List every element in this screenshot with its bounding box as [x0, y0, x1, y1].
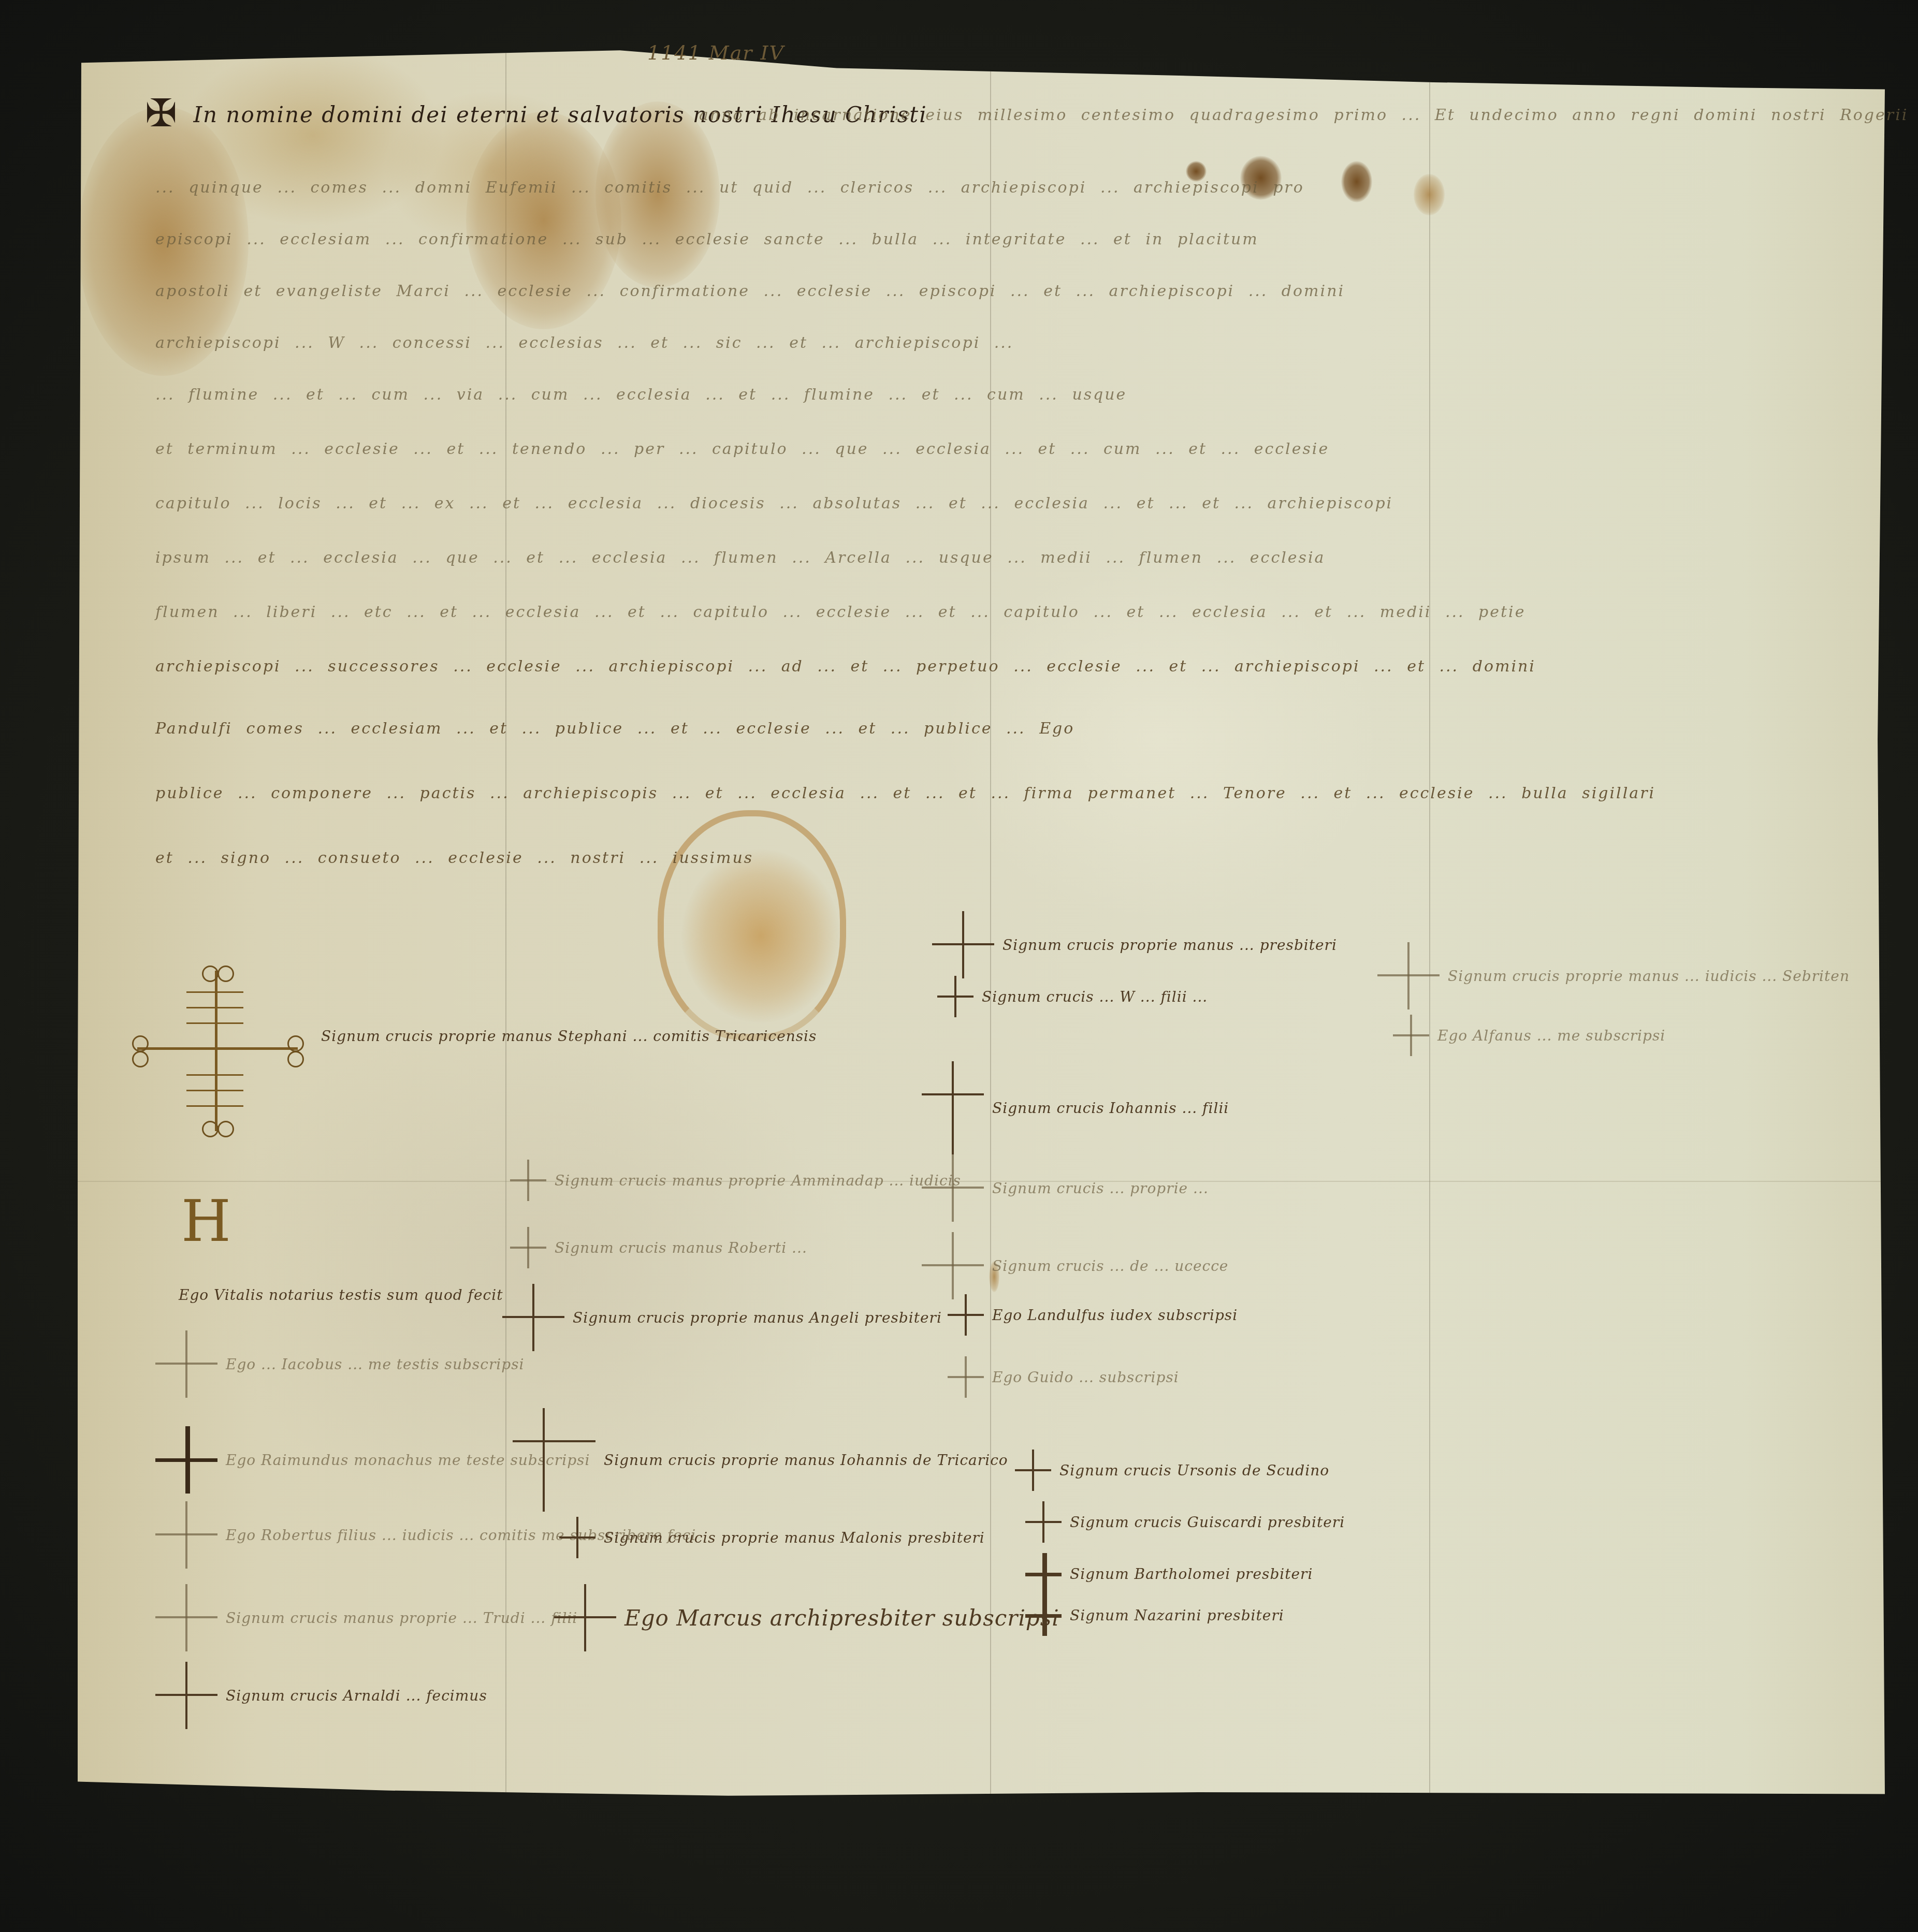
- body-text-line: episcopi ... ecclesiam ... confirmatione…: [155, 230, 1259, 248]
- subscription: Signum crucis ... W ... filii ...: [937, 976, 1208, 1017]
- cross-mark-icon: [502, 1284, 564, 1351]
- subscription-text: Signum crucis manus proprie ... Trudi ..…: [226, 1609, 577, 1627]
- pattee-cross-icon: [922, 1061, 984, 1154]
- subscription-text: Signum crucis proprie manus Malonis pres…: [604, 1529, 985, 1546]
- cross-mark-icon: [937, 976, 973, 1017]
- cross-mark-icon: [510, 1160, 546, 1201]
- body-text-line: Pandulfi comes ... ecclesiam ... et ... …: [155, 720, 1074, 738]
- subscription: Ego Marcus archipresbiter subscripsi: [554, 1584, 1059, 1651]
- subscription-text: Signum crucis Arnaldi ... fecimus: [226, 1687, 487, 1704]
- subscription: Signum crucis ... proprie ...: [922, 1154, 1209, 1222]
- subscription: Signum crucis Ursonis de Scudino: [1015, 1450, 1329, 1491]
- cross-mark-icon: [948, 1294, 984, 1336]
- subscription: Signum Nazarini presbiteri: [1025, 1594, 1284, 1636]
- subscription: Signum crucis manus proprie Amminadap ..…: [510, 1160, 961, 1201]
- cross-mark-icon: [1015, 1450, 1051, 1491]
- body-text-line: et ... signo ... consueto ... ecclesie .…: [155, 849, 753, 867]
- subscription: Signum crucis Arnaldi ... fecimus: [155, 1662, 487, 1729]
- cross-mark-icon: [922, 1154, 984, 1222]
- subscription-text: Signum Nazarini presbiteri: [1070, 1607, 1284, 1624]
- body-text-line: capitulo ... locis ... et ... ex ... et …: [155, 494, 1393, 513]
- subscription-text: Signum crucis proprie manus Stephani ...…: [321, 1028, 817, 1045]
- subscription-text: Signum crucis proprie manus Angeli presb…: [573, 1309, 942, 1326]
- cross-mark-icon: [1393, 1015, 1429, 1056]
- bracket-cross-icon: [513, 1408, 595, 1512]
- cross-mark-icon: [932, 911, 994, 978]
- cross-mark-icon: [1025, 1594, 1062, 1636]
- cross-mark-icon: [155, 1330, 217, 1398]
- cross-mark-icon: [1377, 942, 1440, 1009]
- subscription-text: Ego Alfanus ... me subscripsi: [1437, 1027, 1665, 1044]
- subscription-text: Ego Guido ... subscripsi: [992, 1369, 1179, 1386]
- cross-mark-icon: [922, 1232, 984, 1299]
- subscription-text: Signum crucis ... proprie ...: [992, 1180, 1209, 1197]
- subscription-text: Ego Marcus archipresbiter subscripsi: [624, 1605, 1059, 1631]
- subscription-text: Signum crucis ... W ... filii ...: [982, 988, 1208, 1005]
- subscription: Signum crucis proprie manus Angeli presb…: [502, 1284, 942, 1351]
- subscription-text: Signum crucis proprie manus Iohannis de …: [604, 1452, 1008, 1469]
- subscription-text: Signum crucis proprie manus ... presbite…: [1002, 936, 1337, 954]
- body-text-line: publice ... componere ... pactis ... arc…: [155, 784, 1655, 802]
- body-text-line: archiepiscopi ... successores ... eccles…: [155, 657, 1536, 676]
- cross-mark-icon: [554, 1584, 616, 1651]
- subscription-text: Signum crucis Iohannis ... filii: [992, 1100, 1229, 1117]
- body-text-line: apostoli et evangeliste Marci ... eccles…: [155, 282, 1345, 300]
- cross-mark-icon: [510, 1227, 546, 1268]
- subscription-text: Ego ... Iacobus ... me testis subscripsi: [226, 1356, 525, 1373]
- ink-blot: [1414, 174, 1445, 215]
- cross-mark-icon: [155, 1584, 217, 1651]
- body-text-line: anno ab incarnatione eius millesimo cent…: [699, 106, 1918, 124]
- body-text-line: archiepiscopi ... W ... concessi ... ecc…: [155, 334, 1013, 352]
- fold-line: [1429, 29, 1430, 1805]
- subscription: Signum crucis proprie manus ... iudicis …: [1377, 942, 1850, 1009]
- body-text-line: et terminum ... ecclesie ... et ... tene…: [155, 440, 1329, 458]
- cross-mark-icon: [155, 1426, 217, 1494]
- body-text-line: flumen ... liberi ... etc ... et ... ecc…: [155, 603, 1525, 621]
- subscription: Signum crucis Guiscardi presbiteri: [1025, 1501, 1345, 1543]
- seal-residue: [658, 810, 846, 1040]
- subscription: Ego Alfanus ... me subscripsi: [1393, 1015, 1665, 1056]
- subscription: Signum crucis Iohannis ... filii: [922, 1061, 1229, 1154]
- subscription-text: Ego Landulfus iudex subscripsi: [992, 1307, 1238, 1324]
- subscription-text: Signum crucis manus proprie Amminadap ..…: [555, 1172, 961, 1189]
- ink-blot: [1341, 161, 1372, 202]
- cross-mark-icon: [1025, 1501, 1062, 1543]
- subscription-text: Signum crucis manus Roberti ...: [555, 1239, 807, 1256]
- body-text-line: ... quinque ... comes ... domni Eufemii …: [155, 179, 1304, 197]
- subscription-text: Ego Vitalis notarius testis sum quod fec…: [179, 1286, 503, 1304]
- archival-date-annotation: 1141 Mar IV: [647, 41, 784, 64]
- h-monogram-icon: H: [181, 1188, 231, 1254]
- cross-mark-icon: [155, 1501, 217, 1569]
- subscription: Ego Guido ... subscripsi: [948, 1356, 1179, 1398]
- subscription: Signum crucis proprie manus ... presbite…: [932, 911, 1337, 978]
- subscription-text: Signum Bartholomei presbiteri: [1070, 1565, 1313, 1583]
- subscription: Ego ... Iacobus ... me testis subscripsi: [155, 1330, 525, 1398]
- body-text-line: ipsum ... et ... ecclesia ... que ... et…: [155, 549, 1325, 567]
- subscription-text: Signum crucis ... de ... ucecce: [992, 1257, 1228, 1275]
- cross-mark-icon: [948, 1356, 984, 1398]
- subscription: Signum crucis manus Roberti ...: [510, 1227, 807, 1268]
- subscription: Signum crucis proprie manus Malonis pres…: [559, 1517, 985, 1558]
- subscription: Signum Bartholomei presbiteri: [1025, 1553, 1313, 1594]
- chrismon-cross-icon: ✠: [145, 91, 178, 136]
- ornate-monogram-cross-icon: [137, 971, 298, 1131]
- subscription: Ego Landulfus iudex subscripsi: [948, 1294, 1238, 1336]
- body-text-line: ... flumine ... et ... cum ... via ... c…: [155, 386, 1127, 404]
- cross-mark-icon: [155, 1662, 217, 1729]
- subscription: Signum crucis proprie manus Stephani ...…: [321, 1028, 817, 1045]
- subscription: Ego Vitalis notarius testis sum quod fec…: [179, 1286, 503, 1304]
- subscription-text: Signum crucis Guiscardi presbiteri: [1070, 1514, 1345, 1531]
- subscription-text: Signum crucis proprie manus ... iudicis …: [1448, 968, 1850, 985]
- subscription: Signum crucis manus proprie ... Trudi ..…: [155, 1584, 577, 1651]
- subscription: Signum crucis proprie manus Iohannis de …: [513, 1408, 1008, 1512]
- cross-mark-icon: [559, 1517, 595, 1558]
- subscription: Signum crucis ... de ... ucecce: [922, 1232, 1228, 1299]
- subscription-text: Signum crucis Ursonis de Scudino: [1059, 1462, 1329, 1479]
- cross-mark-icon: [1025, 1553, 1062, 1594]
